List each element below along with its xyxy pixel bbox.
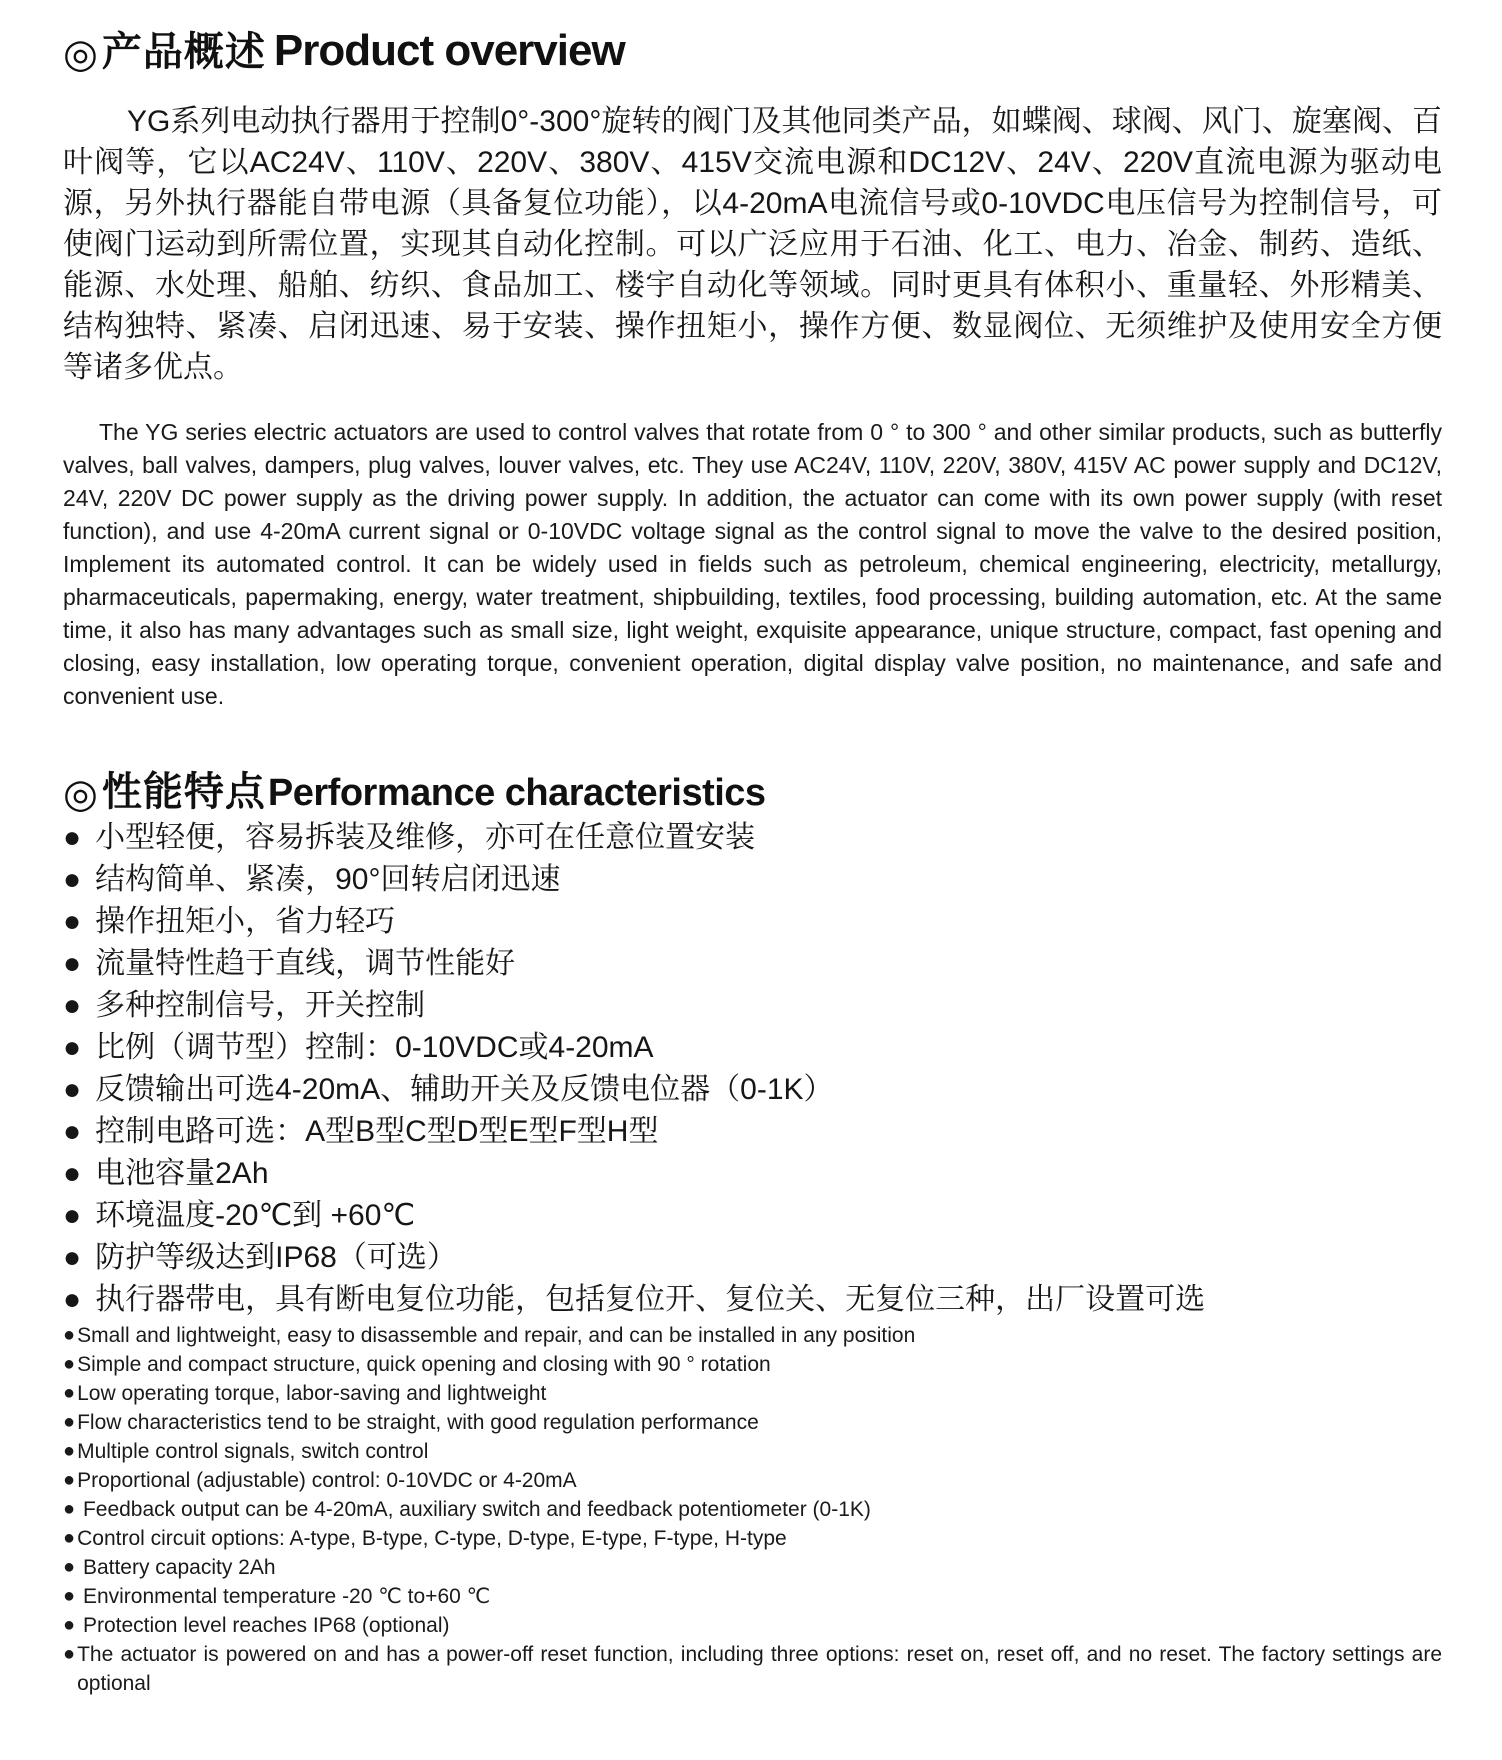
bullet-icon: ● xyxy=(63,817,81,859)
feature-list-item-text: Battery capacity 2Ah xyxy=(77,1553,1442,1582)
feature-list-item-text: 小型轻便，容易拆装及维修，亦可在任意位置安装 xyxy=(95,817,1442,859)
section-performance-characteristics: ◎性能特点Performance characteristics ●小型轻便，容… xyxy=(63,769,1442,1698)
bullet-icon: ● xyxy=(63,1279,81,1321)
performance-heading: ◎性能特点Performance characteristics xyxy=(63,769,1442,817)
feature-list-item-text: Low operating torque, labor-saving and l… xyxy=(77,1379,1442,1408)
feature-list-item-text: 控制电路可选：A型B型C型D型E型F型H型 xyxy=(95,1111,1442,1153)
feature-list-item-text: Control circuit options: A-type, B-type,… xyxy=(77,1524,1442,1553)
feature-list-item-text: Proportional (adjustable) control: 0-10V… xyxy=(77,1466,1442,1495)
bullet-icon: ● xyxy=(63,1524,75,1553)
feature-list-item: ●Simple and compact structure, quick ope… xyxy=(63,1350,1442,1379)
product-overview-title-en: Product overview xyxy=(274,26,625,75)
bullet-icon: ● xyxy=(63,1495,75,1524)
feature-list-item: ●流量特性趋于直线，调节性能好 xyxy=(63,943,1442,985)
feature-list-item-text: Multiple control signals, switch control xyxy=(77,1437,1442,1466)
bullet-icon: ● xyxy=(63,1437,75,1466)
bullet-icon: ● xyxy=(63,1466,75,1495)
bullet-icon: ● xyxy=(63,1408,75,1437)
bullet-icon: ● xyxy=(63,1195,81,1237)
feature-list-item: ●Control circuit options: A-type, B-type… xyxy=(63,1524,1442,1553)
product-overview-title-zh: 产品概述 xyxy=(102,30,266,74)
bullet-icon: ● xyxy=(63,1237,81,1279)
bullet-icon: ● xyxy=(63,985,81,1027)
feature-list-item-text: 多种控制信号，开关控制 xyxy=(95,985,1442,1027)
feature-list-item-text: Feedback output can be 4-20mA, auxiliary… xyxy=(77,1495,1442,1524)
feature-list-item: ●Multiple control signals, switch contro… xyxy=(63,1437,1442,1466)
bullet-icon: ● xyxy=(63,1582,75,1611)
document-page: ◎产品概述Product overview YG系列电动执行器用于控制0°-30… xyxy=(0,0,1502,1760)
feature-list-item: ●反馈输出可选4-20mA、辅助开关及反馈电位器（0-1K） xyxy=(63,1069,1442,1111)
bullet-icon: ● xyxy=(63,1321,75,1350)
bullet-icon: ● xyxy=(63,1153,81,1195)
feature-list-item-text: 反馈输出可选4-20mA、辅助开关及反馈电位器（0-1K） xyxy=(95,1069,1442,1111)
feature-list-item-text: 执行器带电，具有断电复位功能，包括复位开、复位关、无复位三种，出厂设置可选 xyxy=(95,1279,1442,1321)
bullet-icon: ● xyxy=(63,1640,75,1669)
feature-list-item-text: 操作扭矩小，省力轻巧 xyxy=(95,901,1442,943)
feature-list-item: ●防护等级达到IP68（可选） xyxy=(63,1237,1442,1279)
feature-list-item: ●Small and lightweight, easy to disassem… xyxy=(63,1321,1442,1350)
bullet-icon: ● xyxy=(63,1111,81,1153)
feature-list-item-text: Small and lightweight, easy to disassemb… xyxy=(77,1321,1442,1350)
feature-list-item: ●The actuator is powered on and has a po… xyxy=(63,1640,1442,1698)
feature-list-item: ●控制电路可选：A型B型C型D型E型F型H型 xyxy=(63,1111,1442,1153)
feature-list-item-text: The actuator is powered on and has a pow… xyxy=(77,1640,1442,1698)
feature-list-zh: ●小型轻便，容易拆装及维修，亦可在任意位置安装●结构简单、紧凑，90°回转启闭迅… xyxy=(63,817,1442,1321)
feature-list-item-text: Environmental temperature -20 ℃ to+60 ℃ xyxy=(77,1582,1442,1611)
feature-list-item: ●Flow characteristics tend to be straigh… xyxy=(63,1408,1442,1437)
bullet-icon: ● xyxy=(63,1027,81,1069)
feature-list-item: ● Battery capacity 2Ah xyxy=(63,1553,1442,1582)
section-product-overview: ◎产品概述Product overview YG系列电动执行器用于控制0°-30… xyxy=(63,26,1442,713)
feature-list-item: ●比例（调节型）控制：0-10VDC或4-20mA xyxy=(63,1027,1442,1069)
feature-list-item-text: 电池容量2Ah xyxy=(95,1153,1442,1195)
double-circle-icon: ◎ xyxy=(63,32,98,76)
bullet-icon: ● xyxy=(63,901,81,943)
feature-list-en: ●Small and lightweight, easy to disassem… xyxy=(63,1321,1442,1698)
bullet-icon: ● xyxy=(63,1069,81,1111)
product-overview-paragraph-en: The YG series electric actuators are use… xyxy=(63,416,1442,713)
bullet-icon: ● xyxy=(63,859,81,901)
performance-title-en: Performance characteristics xyxy=(268,772,766,814)
feature-list-item-text: Flow characteristics tend to be straight… xyxy=(77,1408,1442,1437)
bullet-icon: ● xyxy=(63,1553,75,1582)
feature-list-item: ●执行器带电，具有断电复位功能，包括复位开、复位关、无复位三种，出厂设置可选 xyxy=(63,1279,1442,1321)
feature-list-item: ● Feedback output can be 4-20mA, auxilia… xyxy=(63,1495,1442,1524)
feature-list-item-text: 流量特性趋于直线，调节性能好 xyxy=(95,943,1442,985)
bullet-icon: ● xyxy=(63,1611,75,1640)
bullet-icon: ● xyxy=(63,1379,75,1408)
feature-list-item-text: Protection level reaches IP68 (optional) xyxy=(77,1611,1442,1640)
performance-title-zh: 性能特点 xyxy=(102,770,266,814)
feature-list-item: ●操作扭矩小，省力轻巧 xyxy=(63,901,1442,943)
feature-list-item: ●多种控制信号，开关控制 xyxy=(63,985,1442,1027)
feature-list-item-text: Simple and compact structure, quick open… xyxy=(77,1350,1442,1379)
feature-list-item: ●结构简单、紧凑，90°回转启闭迅速 xyxy=(63,859,1442,901)
double-circle-icon: ◎ xyxy=(63,772,98,816)
feature-list-item-text: 环境温度-20℃到 +60℃ xyxy=(95,1195,1442,1237)
bullet-icon: ● xyxy=(63,943,81,985)
product-overview-heading: ◎产品概述Product overview xyxy=(63,26,1442,77)
feature-list-item: ● Environmental temperature -20 ℃ to+60 … xyxy=(63,1582,1442,1611)
feature-list-item: ●环境温度-20℃到 +60℃ xyxy=(63,1195,1442,1237)
feature-list-item: ●Low operating torque, labor-saving and … xyxy=(63,1379,1442,1408)
product-overview-paragraph-zh: YG系列电动执行器用于控制0°-300°旋转的阀门及其他同类产品，如蝶阀、球阀、… xyxy=(63,101,1442,388)
feature-list-item-text: 防护等级达到IP68（可选） xyxy=(95,1237,1442,1279)
feature-list-item-text: 结构简单、紧凑，90°回转启闭迅速 xyxy=(95,859,1442,901)
feature-list-item: ●小型轻便，容易拆装及维修，亦可在任意位置安装 xyxy=(63,817,1442,859)
feature-list-item: ● Protection level reaches IP68 (optiona… xyxy=(63,1611,1442,1640)
feature-list-item-text: 比例（调节型）控制：0-10VDC或4-20mA xyxy=(95,1027,1442,1069)
feature-list-item: ●电池容量2Ah xyxy=(63,1153,1442,1195)
bullet-icon: ● xyxy=(63,1350,75,1379)
feature-list-item: ●Proportional (adjustable) control: 0-10… xyxy=(63,1466,1442,1495)
